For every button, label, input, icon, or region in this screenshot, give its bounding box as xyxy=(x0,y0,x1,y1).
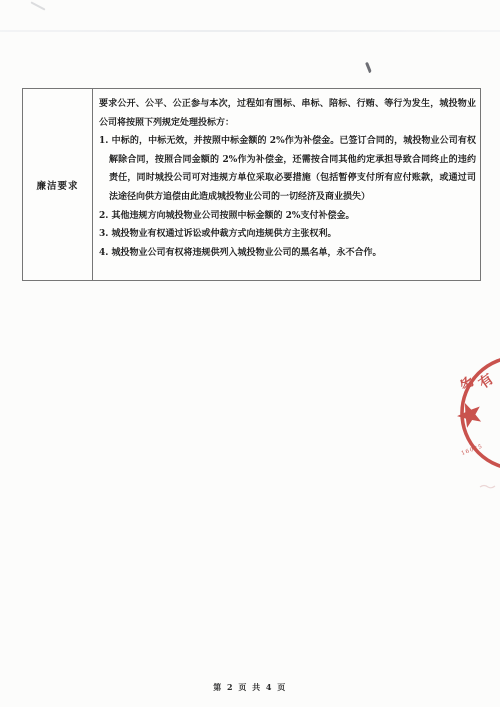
requirement-item-2: 2. 其他违规方向城投物业公司按照中标金额的 2%支付补偿金。 xyxy=(99,207,476,226)
requirement-item-1: 1. 中标的，中标无效，并按照中标金额的 2%作为补偿金。已签订合同的，城投物业… xyxy=(99,132,476,206)
integrity-requirements-table: 廉洁要求 要求公开、公平、公正参与本次，过程如有围标、串标、陪标、行贿、等行为发… xyxy=(22,88,481,281)
scanned-document-page: 廉洁要求 要求公开、公平、公正参与本次，过程如有围标、串标、陪标、行贿、等行为发… xyxy=(0,0,500,707)
stamp-star-icon xyxy=(456,402,482,429)
page-number: 第 2 页 共 4 页 xyxy=(0,682,500,693)
scan-artifact-streak xyxy=(30,1,45,10)
page-number-text: 第 2 页 共 4 页 xyxy=(213,682,287,692)
row-header-cell: 廉洁要求 xyxy=(23,89,93,280)
requirement-item-4: 4. 城投物业公司有权将违规供列入城投物业公司的黑名单，永不合作。 xyxy=(99,244,476,263)
requirement-item-3: 3. 城投物业有权通过诉讼或仲裁方式向违规供方主张权利。 xyxy=(99,225,476,244)
red-seal-stamp: 务 有 16025 xyxy=(452,348,500,500)
scan-artifact-band xyxy=(0,30,500,32)
stray-pen-mark xyxy=(365,62,372,73)
intro-paragraph: 要求公开、公平、公正参与本次，过程如有围标、串标、陪标、行贿、等行为发生，城投物… xyxy=(99,95,476,132)
row-header-label: 廉洁要求 xyxy=(36,178,78,192)
requirements-content-cell: 要求公开、公平、公正参与本次，过程如有围标、串标、陪标、行贿、等行为发生，城投物… xyxy=(93,89,480,280)
stamp-smudge xyxy=(480,486,495,488)
